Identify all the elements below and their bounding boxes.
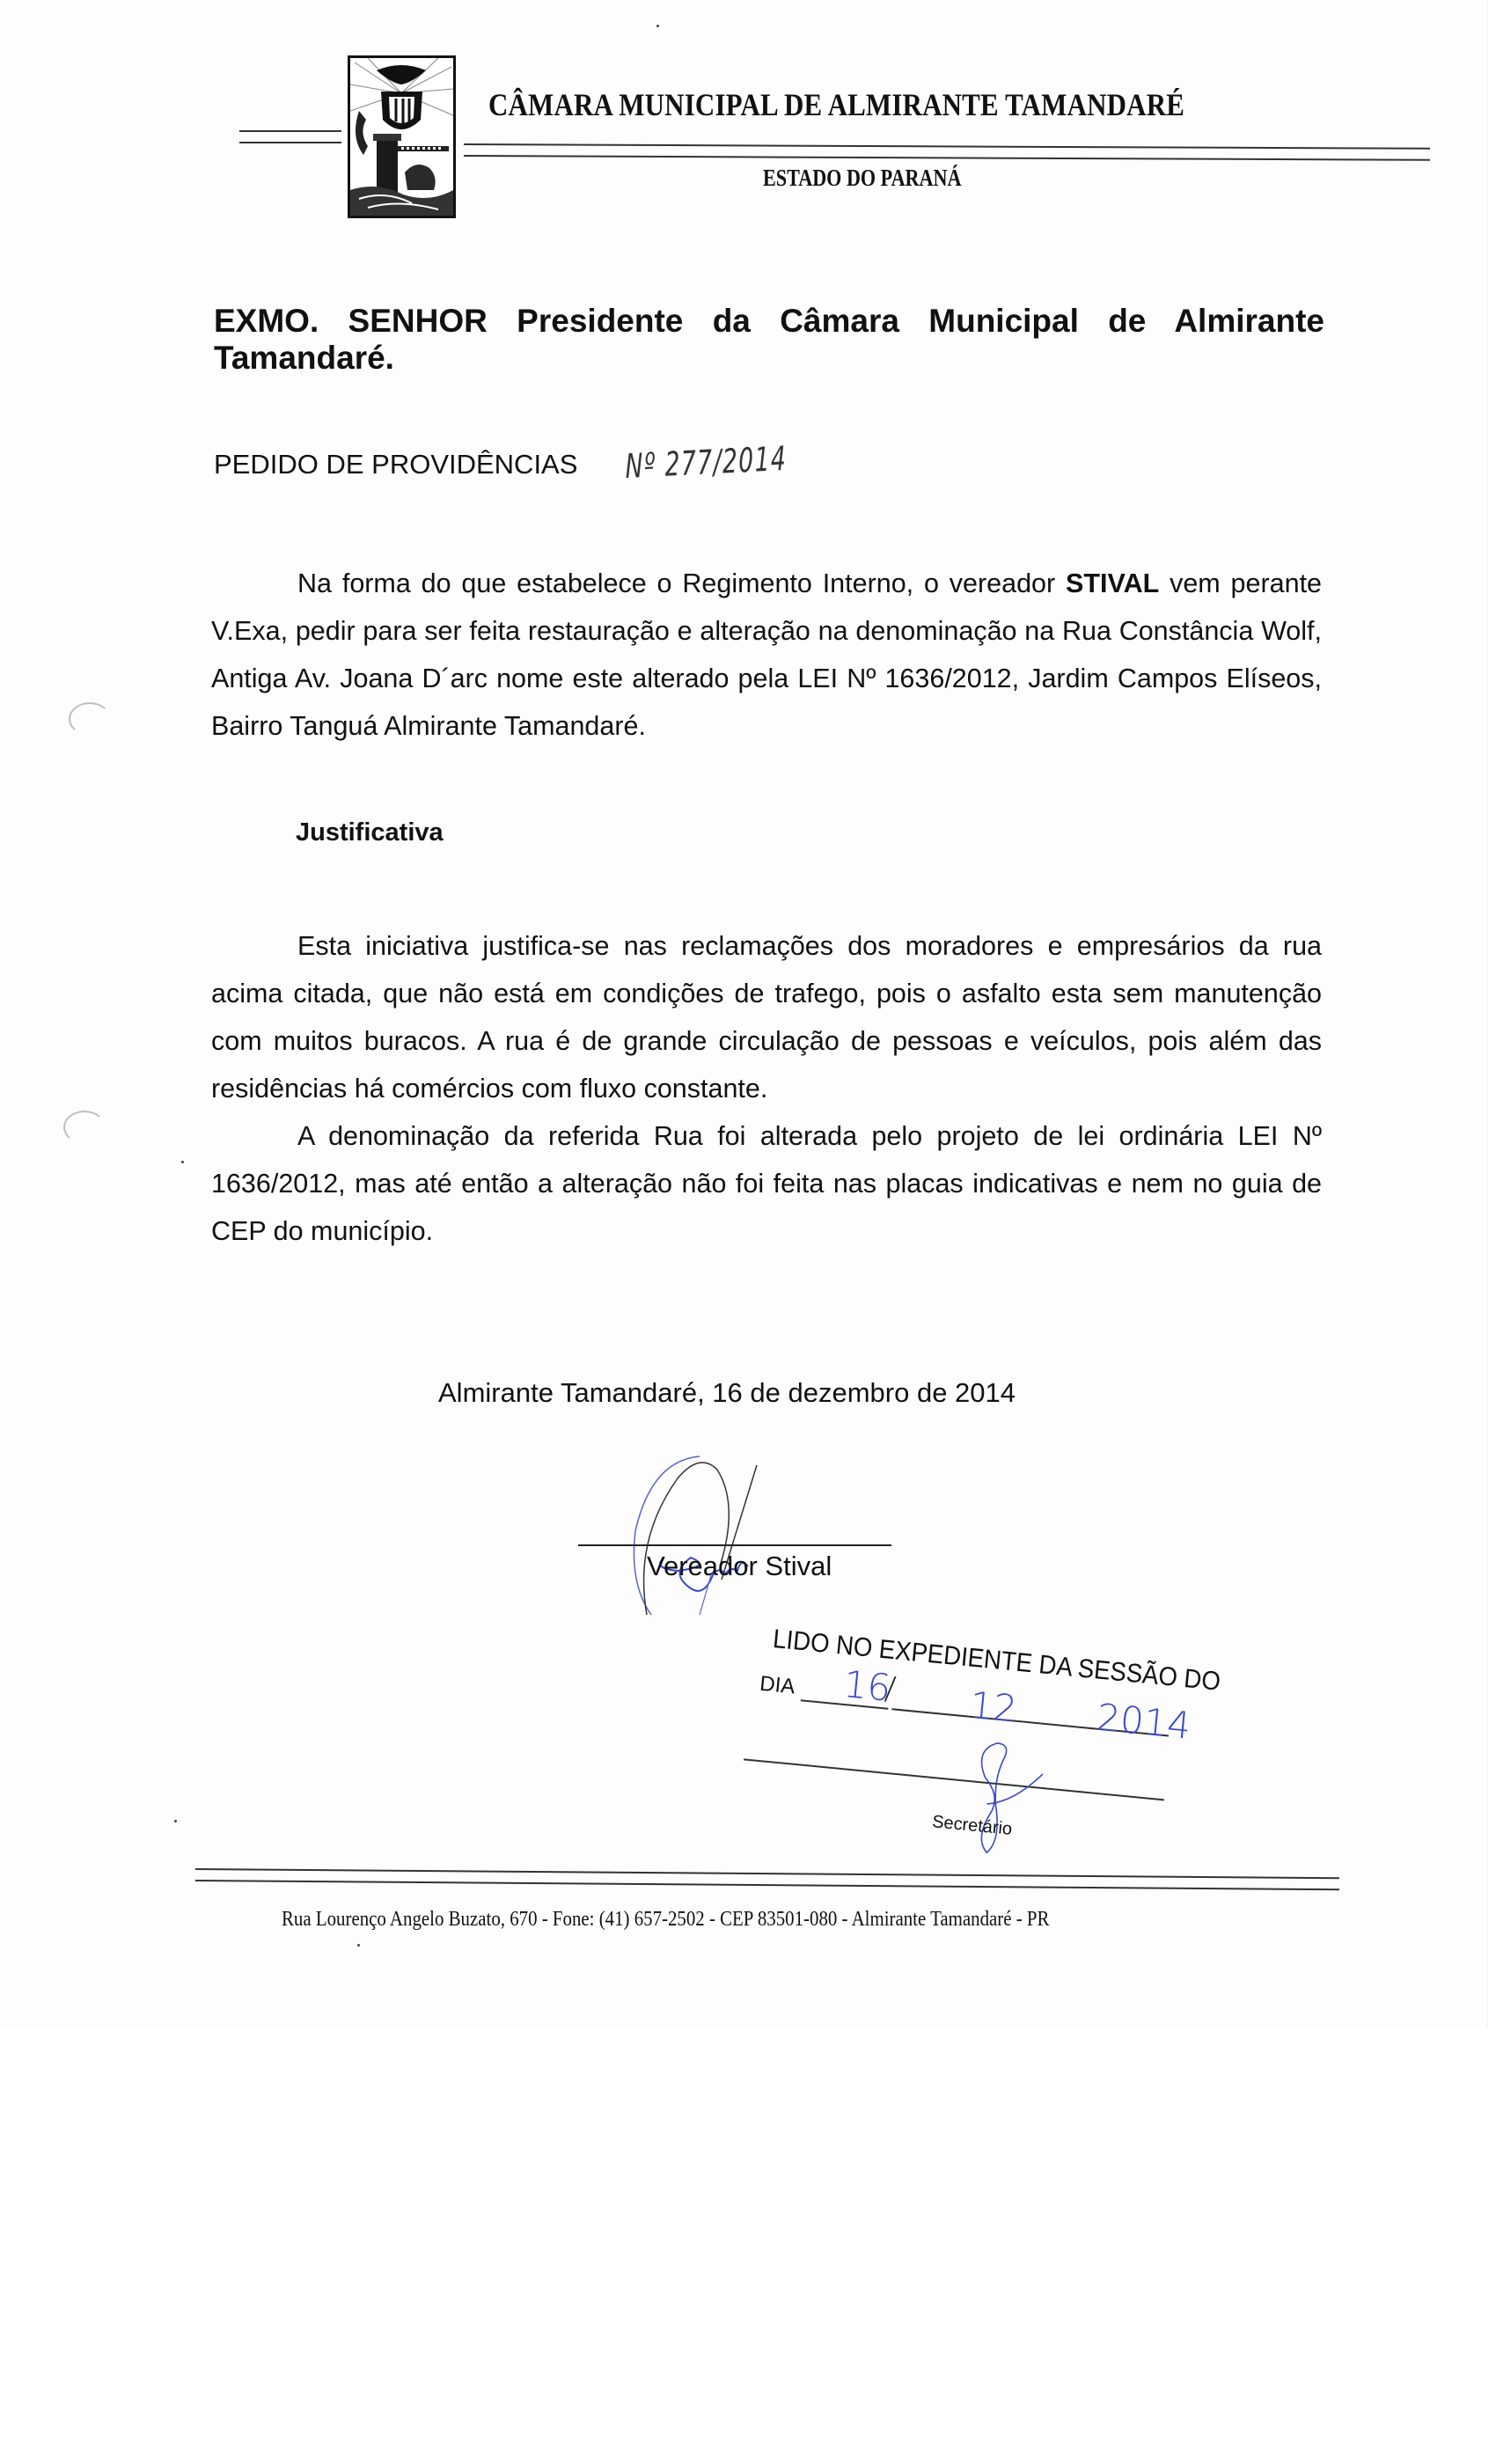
intro-paragraph: Na forma do que estabelece o Regimento I… bbox=[211, 560, 1322, 750]
header-rule bbox=[239, 142, 341, 143]
justification-paragraph-2: A denominação da referida Rua foi altera… bbox=[211, 1112, 1322, 1255]
signature-line bbox=[578, 1544, 891, 1546]
header-rule bbox=[464, 143, 1430, 150]
councilor-name: STIVAL bbox=[1066, 568, 1159, 598]
scan-speck bbox=[174, 1820, 177, 1822]
secretary-line bbox=[744, 1758, 1164, 1800]
request-number-handwritten: Nº 277/2014 bbox=[625, 439, 788, 486]
justification-paragraph-1: Esta iniciativa justifica-se nas reclama… bbox=[211, 922, 1322, 1112]
justification-heading: Justificativa bbox=[296, 818, 444, 847]
header-rule bbox=[239, 130, 341, 132]
state-name: ESTADO DO PARANÁ bbox=[763, 165, 962, 192]
stamp-year: 2014 bbox=[1095, 1696, 1192, 1748]
punch-hole-mark bbox=[69, 702, 111, 736]
header-rule bbox=[464, 155, 1430, 161]
signatory-name: Vereador Stival bbox=[647, 1551, 832, 1582]
punch-hole-mark bbox=[63, 1111, 106, 1144]
place-and-date: Almirante Tamandaré, 16 de dezembro de 2… bbox=[438, 1377, 1016, 1409]
scan-speck bbox=[656, 25, 659, 27]
signature-icon bbox=[616, 1426, 880, 1619]
stamp-day-label: DIA bbox=[759, 1672, 796, 1700]
salutation-line-1: EXMO. SENHOR Presidente da Câmara Munici… bbox=[214, 303, 1324, 340]
justification-text-1: Esta iniciativa justifica-se nas reclama… bbox=[211, 922, 1322, 1112]
stamp-month: 12 bbox=[968, 1683, 1019, 1731]
request-title: PEDIDO DE PROVIDÊNCIAS bbox=[214, 449, 577, 480]
reading-stamp: LIDO NO EXPEDIENTE DA SESSÃO DO DIA 16 /… bbox=[744, 1624, 1256, 1890]
scan-speck bbox=[357, 1944, 360, 1947]
justification-text-2: A denominação da referida Rua foi altera… bbox=[211, 1112, 1322, 1255]
scan-speck bbox=[181, 1161, 184, 1163]
footer-address: Rua Lourenço Angelo Buzato, 670 - Fone: … bbox=[282, 1908, 1049, 1932]
salutation-line-2: Tamandaré. bbox=[214, 340, 394, 376]
institution-name: CÂMARA MUNICIPAL DE ALMIRANTE TAMANDARÉ bbox=[488, 86, 1184, 123]
salutation: EXMO. SENHOR Presidente da Câmara Munici… bbox=[214, 303, 1324, 377]
intro-text: Na forma do que estabelece o Regimento I… bbox=[297, 568, 1066, 598]
secretary-initials-icon bbox=[960, 1732, 1060, 1863]
scanned-page: CÂMARA MUNICIPAL DE ALMIRANTE TAMANDARÉ … bbox=[0, 0, 1488, 2028]
stamp-separator: / bbox=[884, 1670, 898, 1707]
coat-of-arms-icon bbox=[348, 55, 456, 218]
